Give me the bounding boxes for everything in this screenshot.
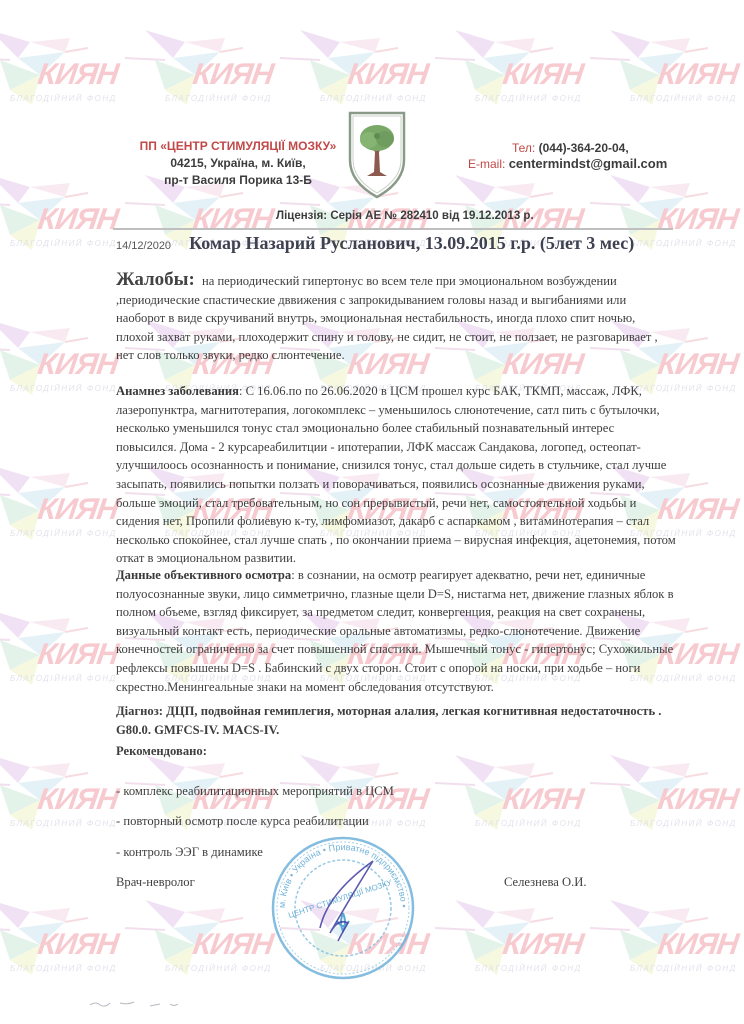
anamnesis-section: Анамнез заболевания: С 16.06.по по 26.06… [116,382,676,568]
visit-date: 14/12/2020 [116,240,171,252]
exam-section: Данные объективного осмотра: в сознании,… [116,566,676,696]
email-address: centermindst@gmail.com [509,156,668,171]
recommendations-title: Рекомендовано: [116,742,676,761]
exam-text: : в сознании, на осмотр реагирует адеква… [116,568,674,694]
clinic-address-block: ПП «ЦЕНТР СТИМУЛЯЦІЇ МОЗКУ» 04215, Украї… [138,138,338,189]
diagnosis: Діагноз: ДЦП, подвойная гемиплегия, мото… [116,702,676,739]
email-row: E-mail: centermindst@gmail.com [468,156,708,172]
patient-name: Комар Назарий Русланович, 13.09.2015 г.р… [189,233,634,253]
phone-number: (044)-364-20-04, [539,141,629,155]
anamnesis-label: Анамнез заболевания [116,384,239,398]
medical-document: ПП «ЦЕНТР СТИМУЛЯЦІЇ МОЗКУ» 04215, Украї… [0,0,744,1024]
doctor-name: Селезнева О.И. [504,873,624,892]
header-divider [113,228,673,230]
complaints-text: на периодический гипертонус во всем теле… [116,274,658,362]
exam-label: Данные объективного осмотра [116,568,291,582]
patient-header: 14/12/2020 Комар Назарий Русланович, 13.… [116,233,634,254]
complaints-label: Жалобы: [116,269,195,290]
clinic-stamp-icon: м. Київ • Україна • Приватне підприємств… [268,833,418,983]
clinic-contacts: Тел: (044)-364-20-04, E-mail: centermind… [468,140,708,172]
phone-row: Тел: (044)-364-20-04, [468,140,708,156]
complaints-section: Жалобы: на периодический гипертонус во в… [116,271,676,365]
recommendation-item: - комплекс реабилитационных мероприятий … [116,782,676,801]
tree-shield-icon [347,110,407,200]
recommendation-item: - повторный осмотр после курса реабилита… [116,812,676,831]
phone-label: Тел: [512,141,535,155]
address-line-1: 04215, Україна, м. Київ, [138,155,338,172]
anamnesis-text: : С 16.06.по по 26.06.2020 в ЦСМ прошел … [116,384,676,565]
scan-noise-icon [70,995,250,1011]
clinic-name: ПП «ЦЕНТР СТИМУЛЯЦІЇ МОЗКУ» [138,138,338,155]
address-line-2: пр-т Василя Порика 13-Б [138,172,338,189]
email-label: E-mail: [468,157,505,171]
license-line: Ліцензія: Серія АЕ № 282410 від 19.12.20… [276,210,534,222]
